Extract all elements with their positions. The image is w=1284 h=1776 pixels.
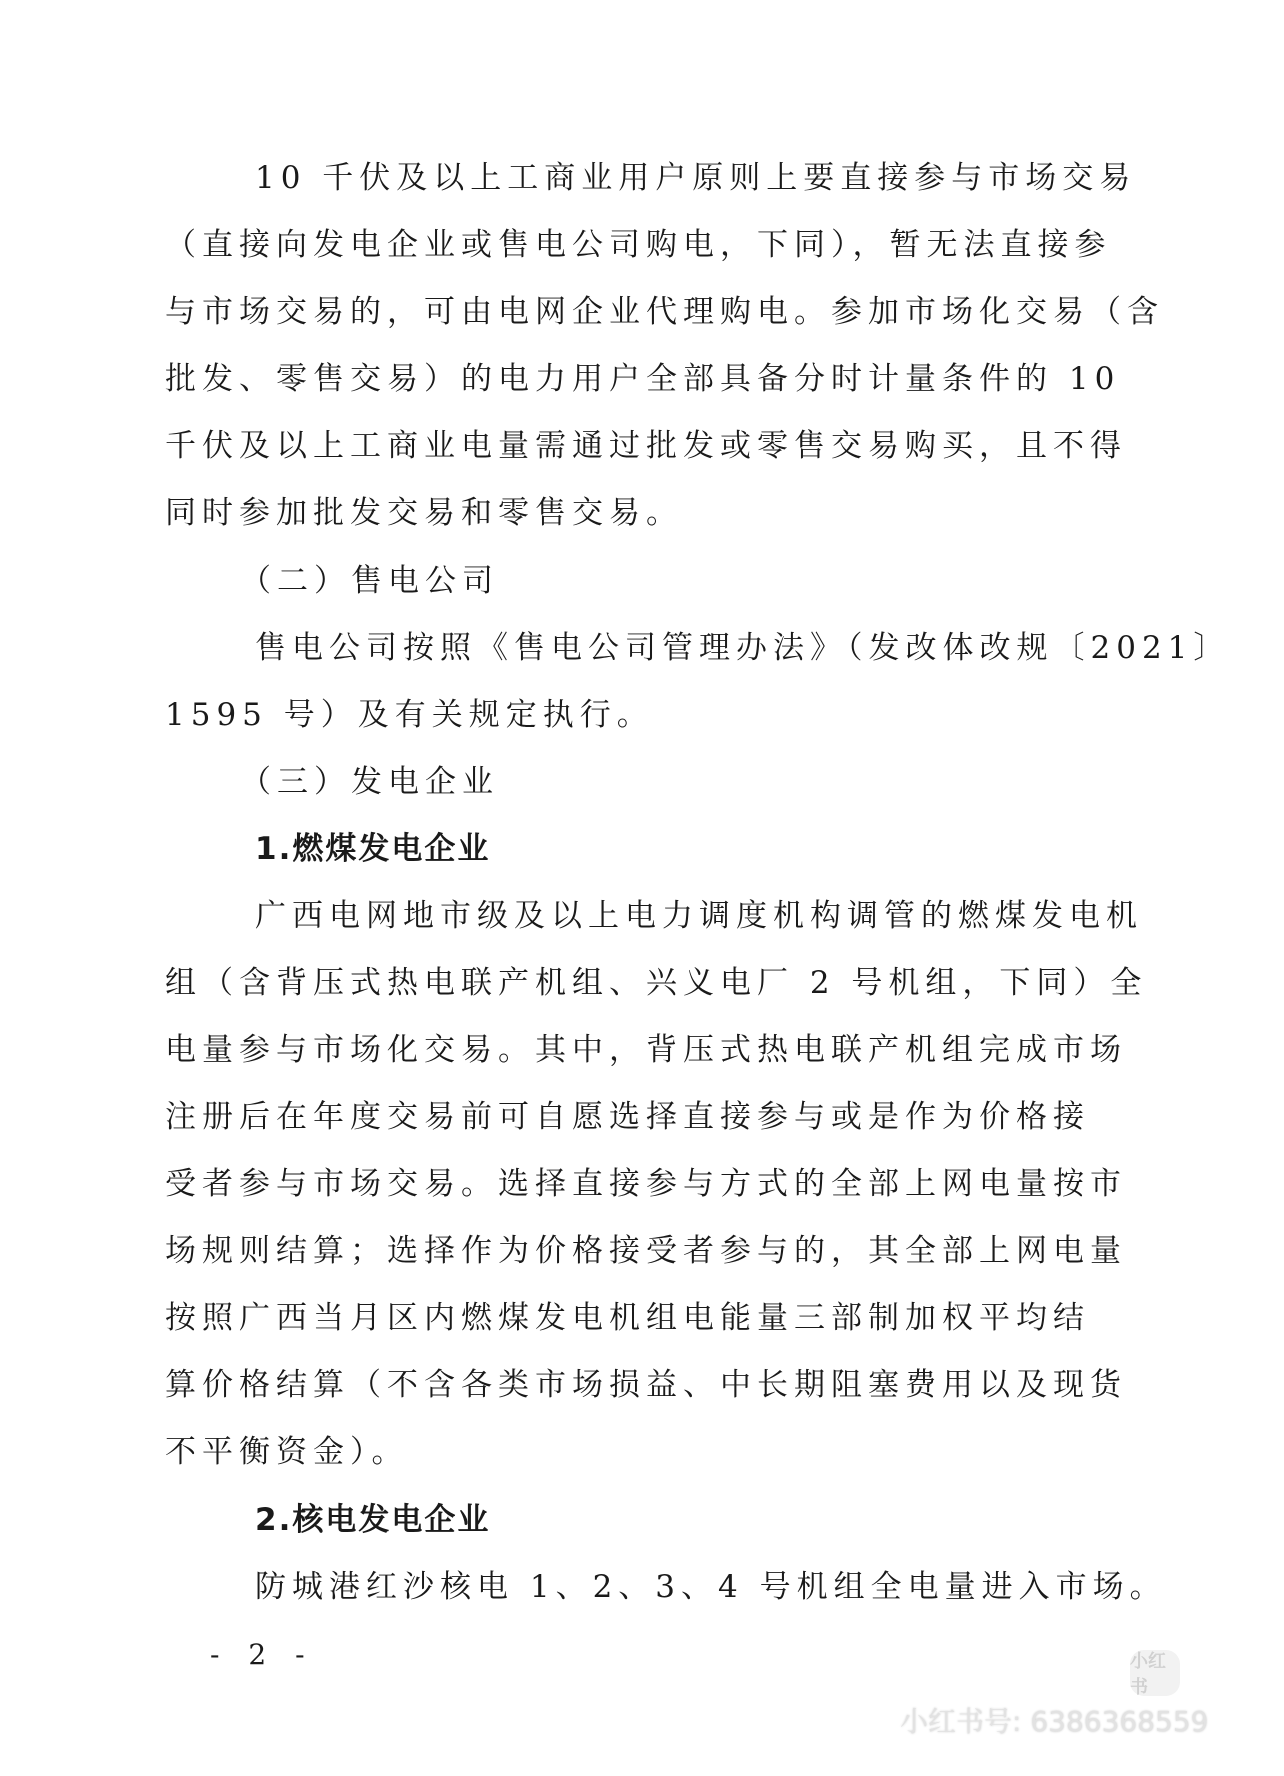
paragraph-line: 售电公司按照《售电公司管理办法》（发改体改规〔2021〕 [255, 628, 1230, 668]
subsection-heading: 2.核电发电企业 [255, 1500, 490, 1540]
paragraph-line: 组（含背压式热电联产机组、兴义电厂 2 号机组，下同）全 [165, 963, 1147, 1003]
watermark-id: 小红书号: 6386368559 [900, 1700, 1208, 1740]
paragraph-line: 不平衡资金）。 [165, 1432, 409, 1472]
paragraph-line: 防城港红沙核电 1、2、3、4 号机组全电量进入市场。 [255, 1567, 1167, 1607]
paragraph-line: 10 千伏及以上工商业用户原则上要直接参与市场交易 [255, 158, 1136, 198]
paragraph-line: 批发、零售交易）的电力用户全部具备分时计量条件的 10 [165, 359, 1120, 399]
xiaohongshu-logo-icon: 小红书 [1130, 1650, 1180, 1696]
paragraph-line: 广西电网地市级及以上电力调度机构调管的燃煤发电机 [255, 896, 1143, 936]
paragraph-line: 千伏及以上工商业电量需通过批发或零售交易购买，且不得 [165, 426, 1127, 466]
paragraph-line: （直接向发电企业或售电公司购电，下同），暂无法直接参 [165, 225, 1112, 265]
page-number: - 2 - [210, 1638, 315, 1671]
paragraph-line: 与市场交易的，可由电网企业代理购电。参加市场化交易（含 [165, 292, 1164, 332]
paragraph-line: 场规则结算；选择作为价格接受者参与的，其全部上网电量 [165, 1231, 1127, 1271]
subsection-heading: 1.燃煤发电企业 [255, 829, 490, 869]
paragraph-line: 算价格结算（不含各类市场损益、中长期阻塞费用以及现货 [165, 1365, 1127, 1405]
paragraph-line: 电量参与市场化交易。其中，背压式热电联产机组完成市场 [165, 1030, 1127, 1070]
paragraph-line: 受者参与市场交易。选择直接参与方式的全部上网电量按市 [165, 1164, 1127, 1204]
paragraph-line: 1595 号）及有关规定执行。 [165, 695, 654, 735]
paragraph-line: 同时参加批发交易和零售交易。 [165, 493, 683, 533]
paragraph-line: 注册后在年度交易前可自愿选择直接参与或是作为价格接 [165, 1097, 1090, 1137]
document-page: 10 千伏及以上工商业用户原则上要直接参与市场交易 （直接向发电企业或售电公司购… [0, 0, 1284, 1776]
section-heading: （二）售电公司 [240, 561, 499, 601]
section-heading: （三）发电企业 [240, 762, 499, 802]
paragraph-line: 按照广西当月区内燃煤发电机组电能量三部制加权平均结 [165, 1298, 1090, 1338]
